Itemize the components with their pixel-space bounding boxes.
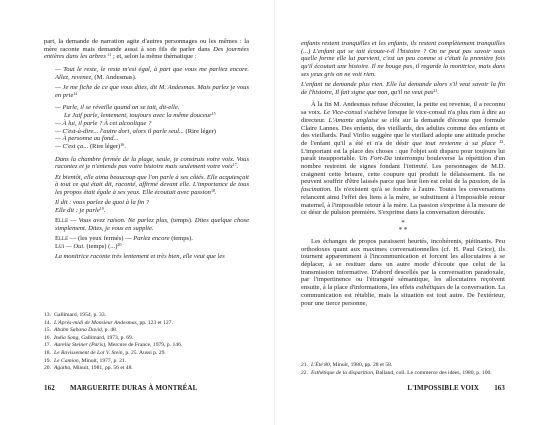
footnotes: 13.Gallimard, 1954, p. 33. 14.L'Après-mi… xyxy=(44,312,254,373)
speaker: Lui xyxy=(55,243,64,250)
footnote-title: Abahn Sabana David, xyxy=(54,327,103,333)
footnote-title: India Song, xyxy=(54,335,80,341)
emphasis: intimité. xyxy=(407,163,429,170)
footnote: 14.L'Après-midi de Monsieur Andesmas, pp… xyxy=(44,320,254,328)
text: Dans la chambre fermée de la plage, seul… xyxy=(55,156,249,171)
dialogue-block: — Parle, il se réveille quand on se tait… xyxy=(44,104,249,150)
footnote-number: 15. xyxy=(44,327,54,335)
footnote-text: Gallimard, 1973, p. 69. xyxy=(80,335,133,341)
page-number: 163 xyxy=(479,384,505,392)
left-page-body: part, la demande de narration agite d'au… xyxy=(44,38,249,261)
dialogue-line: Le Juif parle, lentement, toujours avec … xyxy=(44,112,249,120)
dialogue-line: — C'est ça... (Rire léger)16. xyxy=(44,143,249,151)
footnote: 13.Gallimard, 1954, p. 33. xyxy=(44,312,254,320)
footnote-title: L'Après-midi de Monsieur Andesmas, xyxy=(54,320,138,326)
footnote-number: 22. xyxy=(301,370,311,378)
footnote-text: p. 48. xyxy=(103,327,117,333)
book-title: L'Amante anglaise xyxy=(328,117,378,124)
text: Elle dit : je parle xyxy=(55,207,100,214)
footnote-title: Le Camion, xyxy=(54,358,80,364)
footnote-text: Minuit, 1980, pp. 28 et 58. xyxy=(331,362,392,368)
text: — C'est ça... xyxy=(55,143,90,150)
footnote: 15.Abahn Sabana David, p. 48. xyxy=(44,327,254,335)
footnote-ref[interactable]: 15 xyxy=(212,111,216,116)
text: Et bientôt, elle aima beaucoup que l'on … xyxy=(55,174,249,196)
footnote-number: 16. xyxy=(44,335,54,343)
quote: Elle — Vous avez raison. Ne parlez plus,… xyxy=(44,217,249,232)
paragraph: Les échanges de propos paraissent heurté… xyxy=(301,238,505,307)
footnote-number: 21. xyxy=(301,362,311,370)
footnote-ref[interactable]: 17 xyxy=(233,162,237,167)
right-page: enfants restent tranquilles et les enfan… xyxy=(275,0,550,425)
paragraph: part, la demande de narration agite d'au… xyxy=(44,38,249,61)
emphasis: esthétiques xyxy=(416,284,445,291)
section-separator: * * * xyxy=(301,220,505,234)
footnotes: 21.L'Été 80, Minuit, 1980, pp. 28 et 58.… xyxy=(301,362,516,377)
dialogue-line: — Parle, il se réveille quand on se tait… xyxy=(44,104,249,112)
footnote-title: L'Été 80, xyxy=(311,362,331,368)
quote: Et bientôt, elle aima beaucoup que l'on … xyxy=(44,174,249,197)
text: L'enfant ne demande plus rien. Elle lui … xyxy=(301,81,505,96)
footnote-number: 18. xyxy=(44,350,54,358)
text: (temps) (...) xyxy=(86,243,117,250)
text: — Oui. xyxy=(64,243,86,250)
text: de la xyxy=(490,178,505,185)
text: (Rire léger) xyxy=(90,143,120,150)
quote-continued: enfants restent tranquilles et les enfan… xyxy=(301,40,505,79)
asterisk: * * xyxy=(301,227,505,234)
speaker: Elle xyxy=(55,217,68,224)
emphasis: passion, xyxy=(469,178,491,185)
footnote: 19.Le Camion, Minuit, 1977, p. 21. xyxy=(44,358,254,366)
footnote-title: Esthétique de la disparition, xyxy=(311,370,374,376)
quote-continued: L'enfant ne demande plus rien. Elle lui … xyxy=(301,81,505,96)
quote: Dans la chambre fermée de la plage, seul… xyxy=(44,156,249,171)
footnote-number: 20. xyxy=(44,365,54,373)
text: — Tout le reste, le reste m'est égal, à … xyxy=(55,66,249,81)
footnote-ref[interactable]: 14 xyxy=(73,91,77,96)
text: — C'est-à-dire... l'autre dort, alors il… xyxy=(55,128,186,135)
footnote-text: Gallimard, 1954, p. 33. xyxy=(54,312,106,318)
footnote-ref[interactable]: 21 xyxy=(433,88,437,93)
text: (M. Andesmas). xyxy=(94,74,136,81)
footnote-text: Balland, coll. Le commerce des idées, 19… xyxy=(374,370,491,376)
footnote-number: 13. xyxy=(44,312,54,320)
text: La monitrice raconte très lentement et t… xyxy=(55,253,225,260)
footnote-ref[interactable]: 18 xyxy=(211,188,215,193)
book-title: Le Vice-consul xyxy=(324,109,363,116)
text: — (les yeux fermés) — xyxy=(68,235,133,242)
text: Parlez encore xyxy=(133,235,169,242)
paragraph: À la fin M. Andesmas refuse d'écouter, l… xyxy=(301,101,505,217)
footnote-ref[interactable]: 19 xyxy=(100,206,104,211)
footnote-number: 14. xyxy=(44,320,54,328)
text: (temps). xyxy=(170,235,193,242)
running-footer: 162MARGUERITE DURAS À MONTRÉAL xyxy=(44,384,197,392)
text: — Parle, il se réveille quand on se tait… xyxy=(55,104,179,111)
text: Le Juif parle, lentement, toujours avec … xyxy=(64,112,212,119)
footnote-ref[interactable]: 20 xyxy=(117,242,121,247)
footnote-number: 19. xyxy=(44,358,54,366)
speaker: Elle xyxy=(55,235,68,242)
emphasis: que tout revienne à sa place xyxy=(412,140,495,147)
dialogue-line: — À lui, il parle ? À cet alcoolique ? xyxy=(44,120,249,128)
footnote: 20.Agatha, Minuit, 1981, pp. 56 et 48. xyxy=(44,365,254,373)
footnote-text: Minuit, 1977, p. 21. xyxy=(80,358,126,364)
footnote-number: 17. xyxy=(44,342,54,350)
quote-dialogue: — Je me fiche de ce que vous dites, dit … xyxy=(44,84,249,99)
text: enfants restent tranquilles et les enfan… xyxy=(301,40,505,78)
text: (Rire léger) xyxy=(186,128,216,135)
quote: Il dit : vous parlez de quoi à la fin ?E… xyxy=(44,199,249,214)
left-page: part, la demande de narration agite d'au… xyxy=(0,0,275,425)
footnote-title: Aurelia Steiner (Paris), xyxy=(54,342,106,348)
footnote-text: p. 25. Aussi p. 29. xyxy=(124,350,166,356)
page-number: 162 xyxy=(44,384,70,392)
dialogue-line: — À personne au fond... xyxy=(44,135,249,143)
running-title: L'IMPOSSIBLE VOIX xyxy=(407,384,479,392)
text: Ils n'existent qu'à se fondre à l'autre.… xyxy=(301,186,505,216)
emphasis: fascination. xyxy=(301,186,332,193)
footnote: 18.Le Ravissement de Lol V. Stein, p. 25… xyxy=(44,350,254,358)
text: — À personne au fond... xyxy=(55,135,118,142)
footnote-title: Le Ravissement de Lol V. Stein, xyxy=(54,350,124,356)
quote: La monitrice raconte très lentement et t… xyxy=(44,253,249,261)
footnote: 21.L'Été 80, Minuit, 1980, pp. 28 et 58. xyxy=(301,362,516,370)
running-footer: L'IMPOSSIBLE VOIX163 xyxy=(407,384,505,392)
text: — Je me fiche de ce que vous dites, dit … xyxy=(55,84,249,99)
text: — Vous avez raison. Ne parlez plus, xyxy=(68,217,171,224)
footnote-text: Minuit, 1981, pp. 56 et 48. xyxy=(72,365,133,371)
running-title: MARGUERITE DURAS À MONTRÉAL xyxy=(70,384,197,392)
right-page-body: enfants restent tranquilles et les enfan… xyxy=(301,40,505,307)
quote: Elle — (les yeux fermés) — Parlez encore… xyxy=(44,235,249,250)
text: ; et, selon la même thématique : xyxy=(111,53,196,60)
footnote: 17.Aurelia Steiner (Paris), Mercure de F… xyxy=(44,342,254,350)
footnote-title: Agatha, xyxy=(54,365,72,371)
footnote-text: Mercure de France, 1979, p. 146. xyxy=(106,342,182,348)
footnote: 22.Esthétique de la disparition, Balland… xyxy=(301,370,516,378)
text: — À lui, il parle ? À cet alcoolique ? xyxy=(55,120,151,127)
text: (temps). xyxy=(171,217,193,224)
emphasis: Fort-Da xyxy=(370,155,392,162)
footnote-text: pp. 123 et 127. xyxy=(138,320,173,326)
quote-dialogue: — Tout le reste, le reste m'est égal, à … xyxy=(44,66,249,81)
